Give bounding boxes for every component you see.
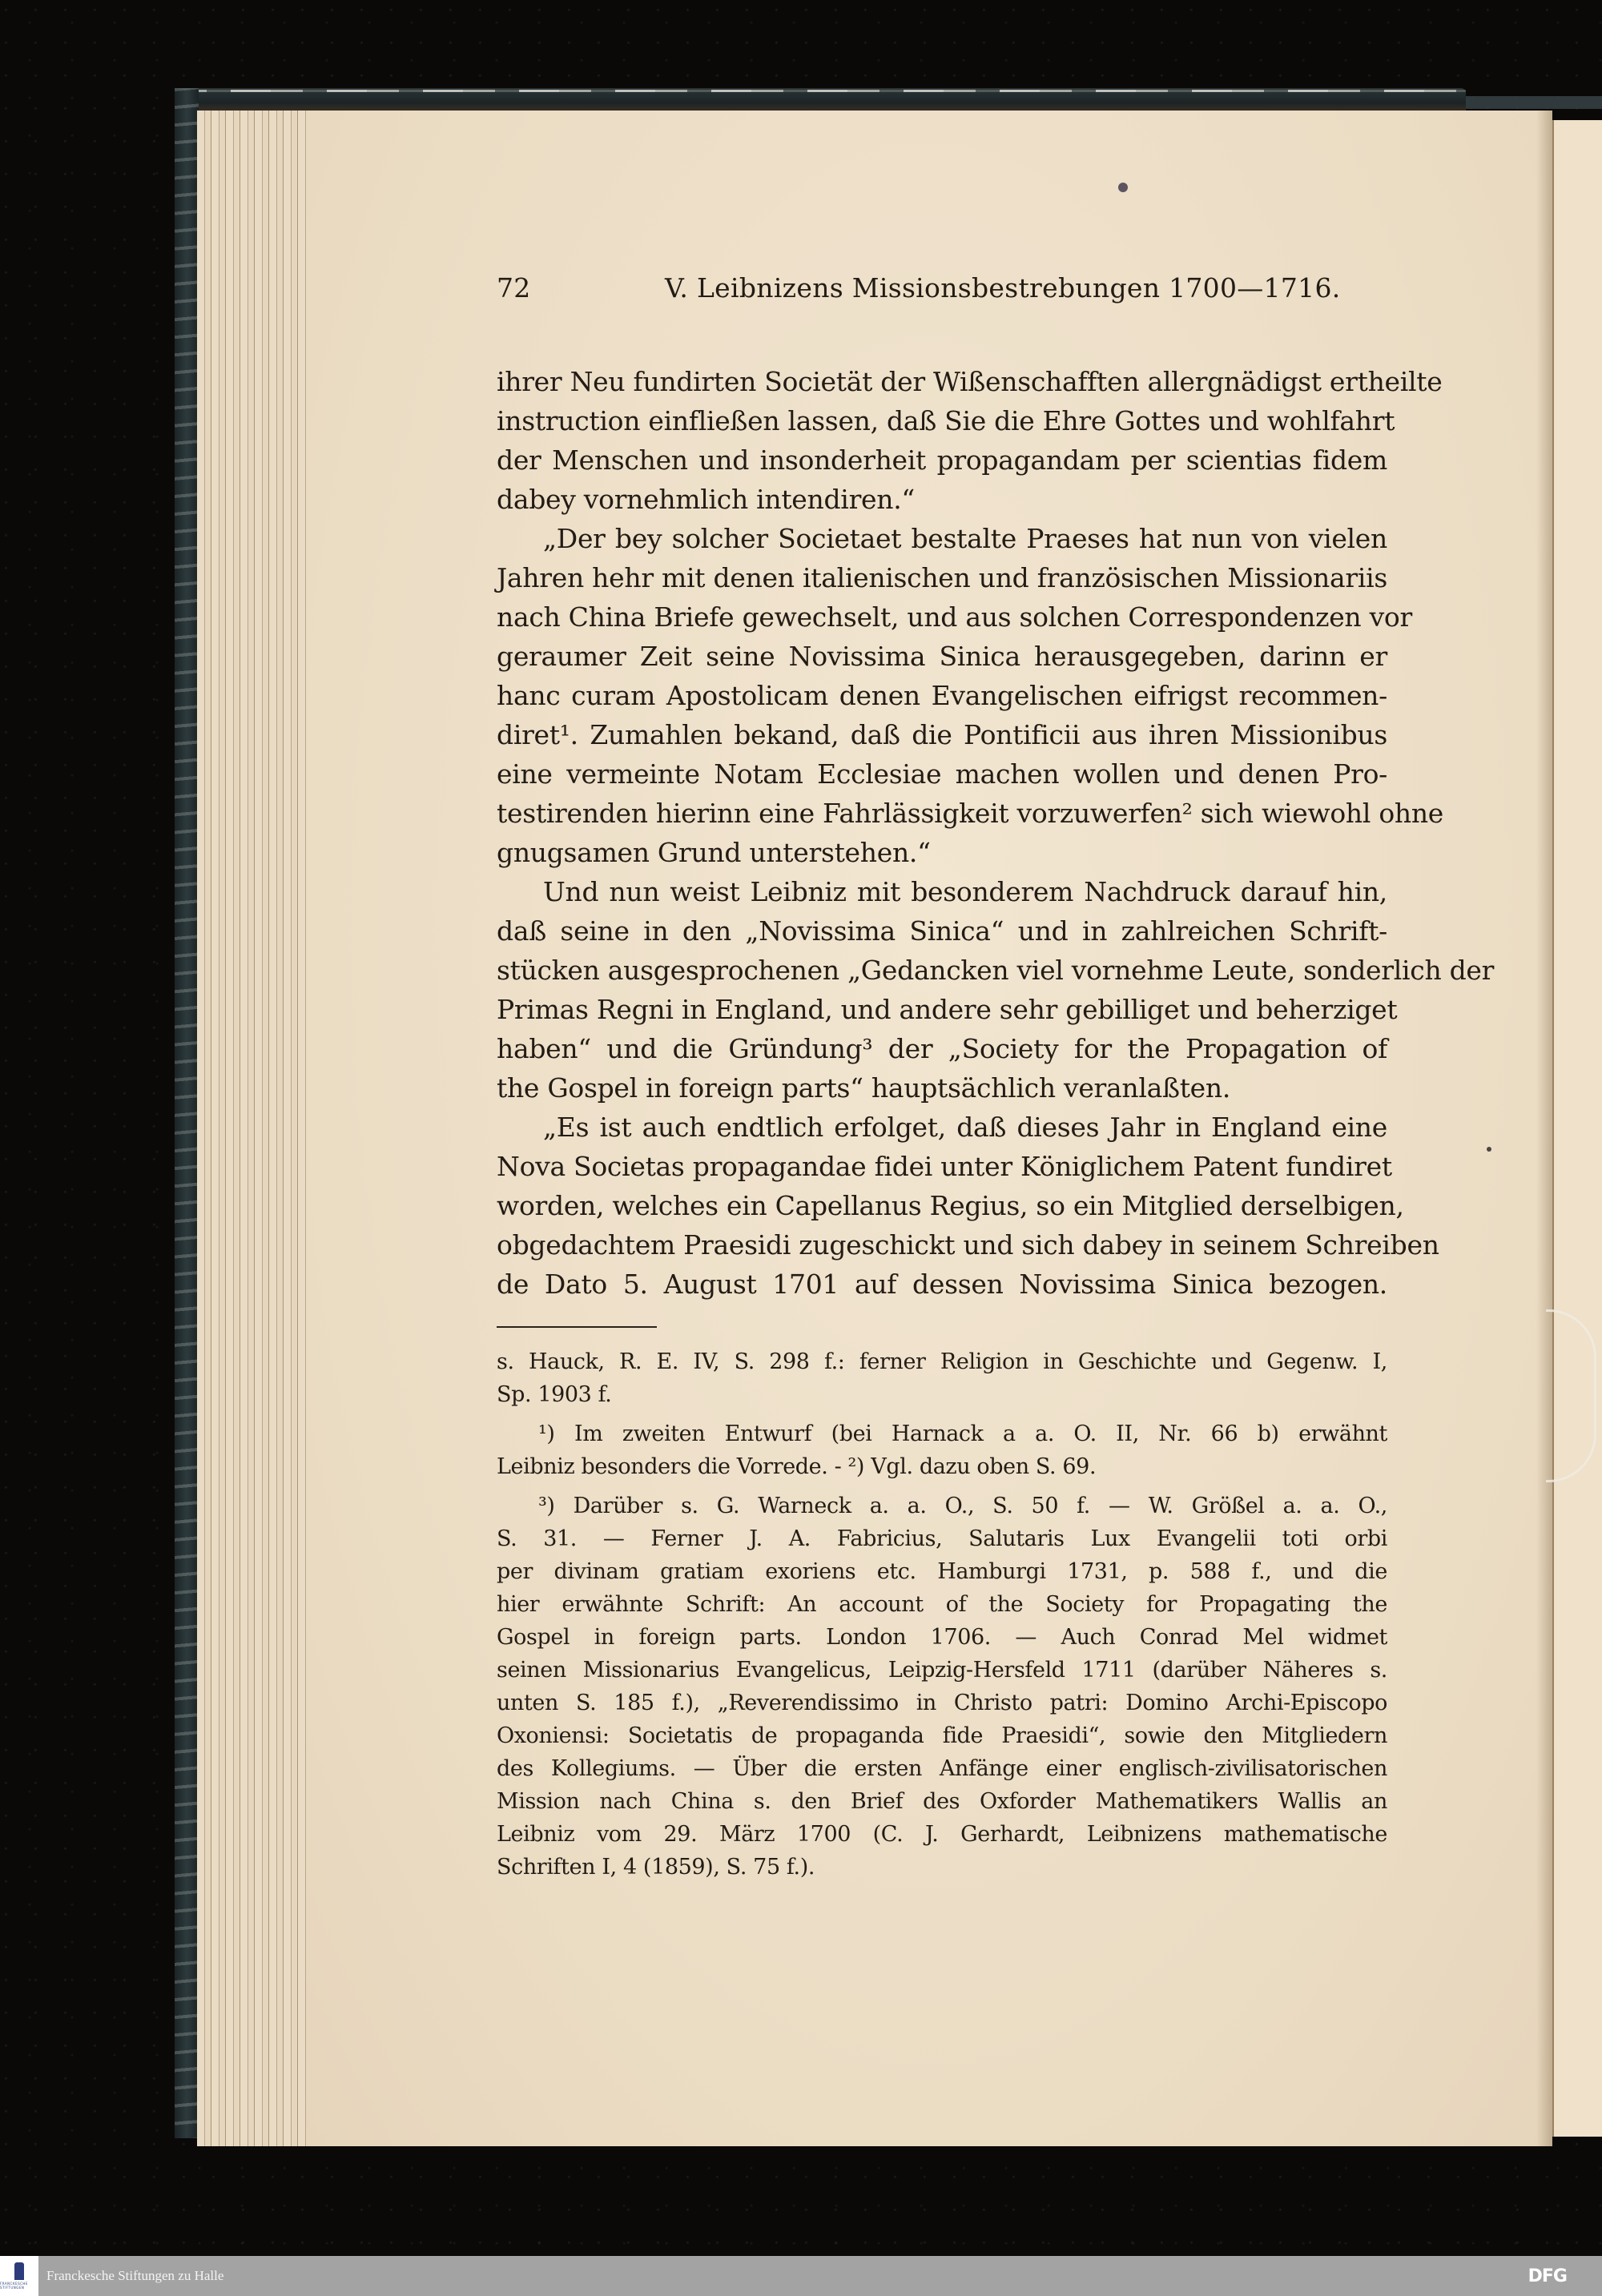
body-line: „Der bey solcher Societaet bestalte Prae… xyxy=(497,519,1387,558)
running-head-title: V. Leibnizens Missionsbestrebungen 1700—… xyxy=(665,272,1387,304)
body-line: Nova Societas propagandae fidei unter Kö… xyxy=(497,1147,1387,1186)
body-line: diret¹. Zumahlen bekand, daß die Pontifi… xyxy=(497,715,1387,754)
footnote-line: ¹) Im zweiten Entwurf (bei Harnack a a. … xyxy=(497,1417,1387,1450)
body-line: haben“ und die Gründung³ der „Society fo… xyxy=(497,1029,1387,1068)
logo-caption: FRANCKESCHE STIFTUNGEN xyxy=(0,2282,38,2290)
body-line: dabey vornehmlich intendiren.“ xyxy=(497,480,1387,519)
paper-speck xyxy=(1118,183,1128,192)
body-line: Primas Regni in England, und andere sehr… xyxy=(497,990,1387,1029)
viewer-footer-bar: FRANCKESCHE STIFTUNGEN Franckesche Stift… xyxy=(0,2256,1602,2296)
body-line: testirenden hierinn eine Fahrlässigkeit … xyxy=(497,794,1387,833)
marbled-cover-spine-edge xyxy=(175,88,199,2138)
franckesche-stiftungen-logo: FRANCKESCHE STIFTUNGEN xyxy=(0,2256,38,2296)
footnote-gap xyxy=(497,1411,1387,1417)
footnote-line: Mission nach China s. den Brief des Oxfo… xyxy=(497,1785,1387,1818)
footnote-gap xyxy=(497,1483,1387,1490)
marbled-cover-top-edge xyxy=(175,88,1466,112)
marbled-cover-right-edge xyxy=(1466,96,1602,109)
footnote-line: unten S. 185 f.), „Reverendissimo in Chr… xyxy=(497,1687,1387,1719)
body-line: eine vermeinte Notam Ecclesiae machen wo… xyxy=(497,754,1387,794)
body-line: obgedachtem Praesidi zugeschickt und sic… xyxy=(497,1225,1387,1265)
body-line: nach China Briefe gewechselt, und aus so… xyxy=(497,597,1387,637)
footnote-line: Leibniz vom 29. März 1700 (C. J. Gerhard… xyxy=(497,1818,1387,1851)
scan-background: 72 V. Leibnizens Missionsbestrebungen 17… xyxy=(0,0,1602,2256)
footnote-line: s. Hauck, R. E. IV, S. 298 f.: ferner Re… xyxy=(497,1345,1387,1378)
body-line: daß seine in den „Novissima Sinica“ und … xyxy=(497,911,1387,951)
body-line: hanc curam Apostolicam denen Evangelisch… xyxy=(497,676,1387,715)
footnotes: s. Hauck, R. E. IV, S. 298 f.: ferner Re… xyxy=(497,1345,1387,1884)
body-line: stücken ausgesprochenen „Gedancken viel … xyxy=(497,951,1387,990)
footnote-line: Sp. 1903 f. xyxy=(497,1378,1387,1411)
body-line: geraumer Zeit seine Novissima Sinica her… xyxy=(497,637,1387,676)
body-line: the Gospel in foreign parts“ hauptsächli… xyxy=(497,1068,1387,1108)
body-line: worden, welches ein Capellanus Regius, s… xyxy=(497,1186,1387,1225)
footnote-line: Schriften I, 4 (1859), S. 75 f.). xyxy=(497,1851,1387,1884)
page-text-block: 72 V. Leibnizens Missionsbestrebungen 17… xyxy=(497,272,1387,1884)
binding-thread xyxy=(1546,1309,1596,1482)
dfg-logo: DFG xyxy=(1528,2266,1567,2286)
paper-speck xyxy=(1487,1147,1491,1152)
footnote-line: per divinam gratiam exoriens etc. Hambur… xyxy=(497,1555,1387,1588)
footnote-line: hier erwähnte Schrift: An account of the… xyxy=(497,1588,1387,1621)
footnote-line: Oxoniensi: Societatis de propaganda fide… xyxy=(497,1719,1387,1752)
footnote: s. Hauck, R. E. IV, S. 298 f.: ferner Re… xyxy=(497,1345,1387,1411)
statue-figure-icon xyxy=(14,2262,24,2280)
body-line: Jahren hehr mit denen italienischen und … xyxy=(497,558,1387,597)
footnote-line: seinen Missionarius Evangelicus, Leipzig… xyxy=(497,1654,1387,1687)
body-line: Und nun weist Leibniz mit besonderem Nac… xyxy=(497,872,1387,911)
body-line: de Dato 5. August 1701 auf dessen Noviss… xyxy=(497,1265,1387,1304)
body-text: ihrer Neu fundirten Societät der Wißensc… xyxy=(497,362,1387,1304)
body-line: gnugsamen Grund unterstehen.“ xyxy=(497,833,1387,872)
footnote-line: des Kollegiums. — Über die ersten Anfäng… xyxy=(497,1752,1387,1785)
running-head: 72 V. Leibnizens Missionsbestrebungen 17… xyxy=(497,272,1387,314)
footnote-separator-rule xyxy=(497,1326,657,1328)
footnote: ³) Darüber s. G. Warneck a. a. O., S. 50… xyxy=(497,1490,1387,1884)
page-block-edges xyxy=(197,111,309,2146)
gutter-shadow xyxy=(1536,111,1552,2146)
body-line: ihrer Neu fundirten Societät der Wißensc… xyxy=(497,362,1387,401)
institution-name: Franckesche Stiftungen zu Halle xyxy=(46,2268,223,2284)
page-number: 72 xyxy=(497,272,665,304)
footnote-line: Leibniz besonders die Vorrede. - ²) Vgl.… xyxy=(497,1450,1387,1483)
body-line: „Es ist auch endtlich erfolget, daß dies… xyxy=(497,1108,1387,1147)
body-line: instruction einfließen lassen, daß Sie d… xyxy=(497,401,1387,440)
footnote-line: S. 31. — Ferner J. A. Fabricius, Salutar… xyxy=(497,1522,1387,1555)
body-line: der Menschen und insonderheit propaganda… xyxy=(497,440,1387,480)
facing-page-edge xyxy=(1552,120,1602,2137)
footnote-line: Gospel in foreign parts. London 1706. — … xyxy=(497,1621,1387,1654)
footnote: ¹) Im zweiten Entwurf (bei Harnack a a. … xyxy=(497,1417,1387,1483)
footnote-line: ³) Darüber s. G. Warneck a. a. O., S. 50… xyxy=(497,1490,1387,1522)
